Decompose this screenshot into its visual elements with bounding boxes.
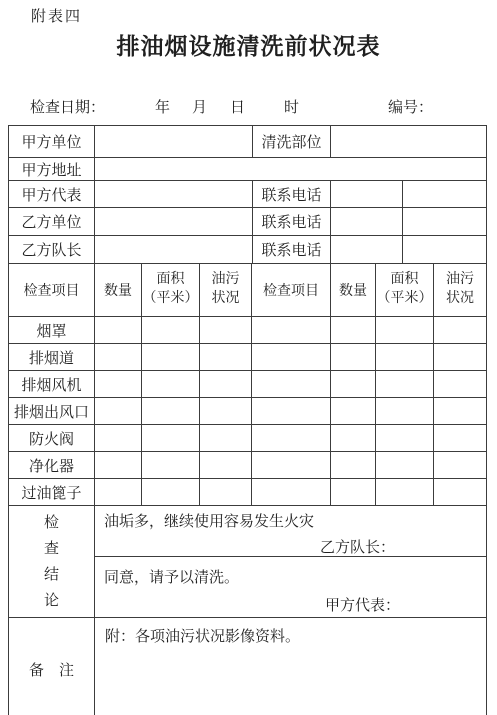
header-item-right: 检查项目	[252, 264, 331, 316]
contact-phone-value-cell-3b	[403, 236, 486, 263]
document-page: 附表四 排油烟设施清洗前状况表 检查日期： 年 月 日 时 编号： 甲方单位 清…	[0, 0, 497, 715]
blank-cell	[434, 479, 486, 505]
blank-cell	[95, 398, 142, 424]
blank-cell	[434, 317, 486, 343]
blank-cell	[95, 479, 142, 505]
blank-cell	[434, 452, 486, 478]
party-a-unit-label: 甲方单位	[9, 126, 95, 157]
item-label-exhaust-duct: 排烟道	[9, 344, 95, 370]
contact-phone-value-cell-2b	[403, 208, 486, 235]
party-b-unit-label: 乙方单位	[9, 208, 95, 235]
items-header-row: 检查项目 数量 面积 （平米） 油污 状况 检查项目 数量 面积 （平米）	[9, 264, 486, 317]
party-a-rep-label: 甲方代表	[9, 181, 95, 207]
header-grease-right-line1: 油污	[446, 271, 474, 290]
blank-cell	[376, 452, 434, 478]
blank-cell	[95, 344, 142, 370]
blank-cell	[331, 398, 376, 424]
contact-phone-label-3: 联系电话	[253, 236, 331, 263]
party-a-address-value-cell	[95, 158, 486, 180]
contact-phone-value-cell-2a	[331, 208, 403, 235]
hour-label: 时	[284, 96, 299, 117]
conclusion-approval-box: 同意，请予以清洗。 甲方代表：	[95, 557, 486, 616]
contact-phone-value-cell-3a	[331, 236, 403, 263]
blank-cell	[142, 317, 200, 343]
header-area-left: 面积 （平米）	[142, 264, 200, 316]
header-grease-right: 油污 状况	[434, 264, 486, 316]
header-area-left-line1: 面积	[143, 271, 199, 290]
contact-phone-label-1: 联系电话	[253, 181, 331, 207]
blank-cell	[200, 344, 252, 370]
blank-cell	[142, 452, 200, 478]
form-table: 甲方单位 清洗部位 甲方地址 甲方代表 联系电话 乙方单位 联系电话	[8, 125, 487, 715]
blank-cell	[252, 398, 331, 424]
blank-cell	[200, 317, 252, 343]
row-party-a-rep: 甲方代表 联系电话	[9, 181, 486, 208]
blank-cell	[142, 371, 200, 397]
blank-cell	[252, 371, 331, 397]
remarks-label: 备 注	[9, 618, 95, 715]
cleaning-part-label: 清洗部位	[253, 126, 331, 157]
blank-cell	[252, 317, 331, 343]
blank-cell	[252, 452, 331, 478]
remarks-content-cell: 附：各项油污状况影像资料。	[95, 618, 486, 715]
row-party-b-leader: 乙方队长 联系电话	[9, 236, 486, 264]
header-area-left-line2: （平米）	[143, 290, 199, 309]
item-row-exhaust-duct: 排烟道	[9, 344, 486, 371]
header-item-left: 检查项目	[9, 264, 95, 316]
item-row-grease-filter: 过油篦子	[9, 479, 486, 506]
blank-cell	[331, 479, 376, 505]
date-line: 检查日期： 年 月 日 时 编号：	[0, 96, 497, 116]
item-label-hood: 烟罩	[9, 317, 95, 343]
blank-cell	[200, 398, 252, 424]
item-label-exhaust-fan: 排烟风机	[9, 371, 95, 397]
blank-cell	[142, 398, 200, 424]
blank-cell	[331, 425, 376, 451]
party-a-address-label: 甲方地址	[9, 158, 95, 180]
conclusion-label-cell: 检查结论	[9, 506, 95, 617]
row-party-a-address: 甲方地址	[9, 158, 486, 181]
conclusion-finding-box: 油垢多，继续使用容易发生火灾 乙方队长：	[95, 506, 486, 557]
cleaning-part-value-cell	[331, 126, 486, 157]
blank-cell	[434, 371, 486, 397]
remarks-section: 备 注 附：各项油污状况影像资料。	[9, 618, 486, 715]
item-row-purifier: 净化器	[9, 452, 486, 479]
conclusion-label: 检查结论	[43, 510, 61, 614]
party-a-rep-signature-label: 甲方代表：	[95, 594, 486, 615]
header-grease-left: 油污 状况	[200, 264, 252, 316]
blank-cell	[95, 452, 142, 478]
item-label-exhaust-outlet: 排烟出风口	[9, 398, 95, 424]
header-area-right: 面积 （平米）	[376, 264, 434, 316]
item-row-fire-damper: 防火阀	[9, 425, 486, 452]
blank-cell	[376, 344, 434, 370]
blank-cell	[142, 344, 200, 370]
year-label: 年	[155, 96, 170, 117]
item-row-exhaust-fan: 排烟风机	[9, 371, 486, 398]
party-b-leader-value-cell	[95, 236, 253, 263]
blank-cell	[376, 398, 434, 424]
page-title: 排油烟设施清洗前状况表	[0, 28, 497, 61]
inspection-date-label: 检查日期：	[30, 96, 105, 117]
conclusion-content: 油垢多，继续使用容易发生火灾 乙方队长： 同意，请予以清洗。 甲方代表：	[95, 506, 486, 617]
party-b-leader-label: 乙方队长	[9, 236, 95, 263]
header-quantity-right: 数量	[331, 264, 376, 316]
item-label-fire-damper: 防火阀	[9, 425, 95, 451]
header-area-right-line2: （平米）	[377, 290, 433, 309]
blank-cell	[142, 425, 200, 451]
blank-cell	[376, 425, 434, 451]
appendix-label: 附表四	[31, 5, 82, 26]
item-row-exhaust-outlet: 排烟出风口	[9, 398, 486, 425]
blank-cell	[376, 317, 434, 343]
item-label-purifier: 净化器	[9, 452, 95, 478]
row-party-b-unit: 乙方单位 联系电话	[9, 208, 486, 236]
header-grease-left-line2: 状况	[212, 290, 240, 309]
party-b-leader-signature-label: 乙方队长：	[95, 536, 486, 557]
serial-number-label: 编号：	[388, 96, 433, 117]
party-a-rep-value-cell	[95, 181, 253, 207]
contact-phone-value-cell-1a	[331, 181, 403, 207]
party-b-unit-value-cell	[95, 208, 253, 235]
month-label: 月	[192, 96, 207, 117]
blank-cell	[142, 479, 200, 505]
blank-cell	[200, 452, 252, 478]
day-label: 日	[230, 96, 245, 117]
blank-cell	[434, 344, 486, 370]
blank-cell	[376, 479, 434, 505]
conclusion-section: 检查结论 油垢多，继续使用容易发生火灾 乙方队长： 同意，请予以清洗。 甲方代表…	[9, 506, 486, 618]
approval-text: 同意，请予以清洗。	[95, 557, 486, 587]
blank-cell	[331, 317, 376, 343]
blank-cell	[95, 317, 142, 343]
blank-cell	[434, 398, 486, 424]
header-grease-left-line1: 油污	[212, 271, 240, 290]
row-party-a-unit: 甲方单位 清洗部位	[9, 126, 486, 158]
remarks-content: 附：各项油污状况影像资料。	[95, 618, 486, 646]
blank-cell	[252, 344, 331, 370]
blank-cell	[252, 479, 331, 505]
party-a-unit-value-cell	[95, 126, 253, 157]
blank-cell	[252, 425, 331, 451]
contact-phone-label-2: 联系电话	[253, 208, 331, 235]
blank-cell	[200, 425, 252, 451]
blank-cell	[331, 371, 376, 397]
header-grease-right-line2: 状况	[446, 290, 474, 309]
blank-cell	[331, 452, 376, 478]
blank-cell	[200, 371, 252, 397]
header-area-right-line1: 面积	[377, 271, 433, 290]
blank-cell	[376, 371, 434, 397]
blank-cell	[95, 371, 142, 397]
finding-text: 油垢多，继续使用容易发生火灾	[95, 506, 486, 531]
blank-cell	[434, 425, 486, 451]
blank-cell	[331, 344, 376, 370]
item-label-grease-filter: 过油篦子	[9, 479, 95, 505]
header-quantity-left: 数量	[95, 264, 142, 316]
blank-cell	[200, 479, 252, 505]
blank-cell	[95, 425, 142, 451]
contact-phone-value-cell-1b	[403, 181, 486, 207]
item-row-hood: 烟罩	[9, 317, 486, 344]
